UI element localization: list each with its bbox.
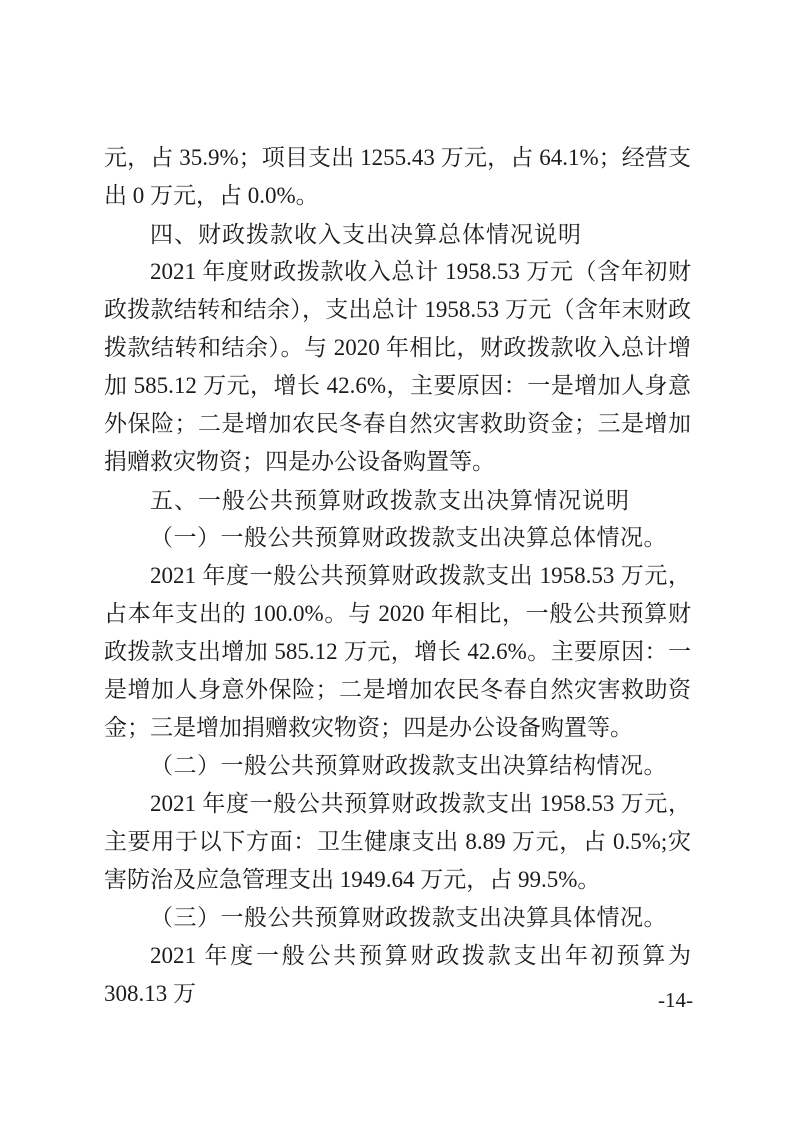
- paragraph-general-budget-specific: 2021 年度一般公共预算财政拨款支出年初预算为 308.13 万: [104, 937, 691, 1013]
- paragraph-general-budget-overall: 2021 年度一般公共预算财政拨款支出 1958.53 万元，占本年支出的 10…: [104, 557, 691, 747]
- section-heading-4-fiscal-appropriation-overview: 四、财政拨款收入支出决算总体情况说明: [104, 215, 691, 253]
- subsection-heading-3-specific-situation: （三）一般公共预算财政拨款支出决算具体情况。: [104, 899, 691, 937]
- document-page: 元，占 35.9%；项目支出 1255.43 万元，占 64.1%；经营支出 0…: [0, 0, 793, 1122]
- paragraph-general-budget-structure: 2021 年度一般公共预算财政拨款支出 1958.53 万元，主要用于以下方面：…: [104, 785, 691, 899]
- paragraph-fiscal-appropriation-overview: 2021 年度财政拨款收入总计 1958.53 万元（含年初财政拨款结转和结余）…: [104, 253, 691, 481]
- paragraph-continued-expense-breakdown: 元，占 35.9%；项目支出 1255.43 万元，占 64.1%；经营支出 0…: [104, 139, 691, 215]
- subsection-heading-1-overall-situation: （一）一般公共预算财政拨款支出决算总体情况。: [104, 519, 691, 557]
- page-number: -14-: [658, 986, 693, 1014]
- section-heading-5-general-budget-expense: 五、一般公共预算财政拨款支出决算情况说明: [104, 481, 691, 519]
- subsection-heading-2-structure-situation: （二）一般公共预算财政拨款支出决算结构情况。: [104, 747, 691, 785]
- document-content: 元，占 35.9%；项目支出 1255.43 万元，占 64.1%；经营支出 0…: [104, 139, 691, 1013]
